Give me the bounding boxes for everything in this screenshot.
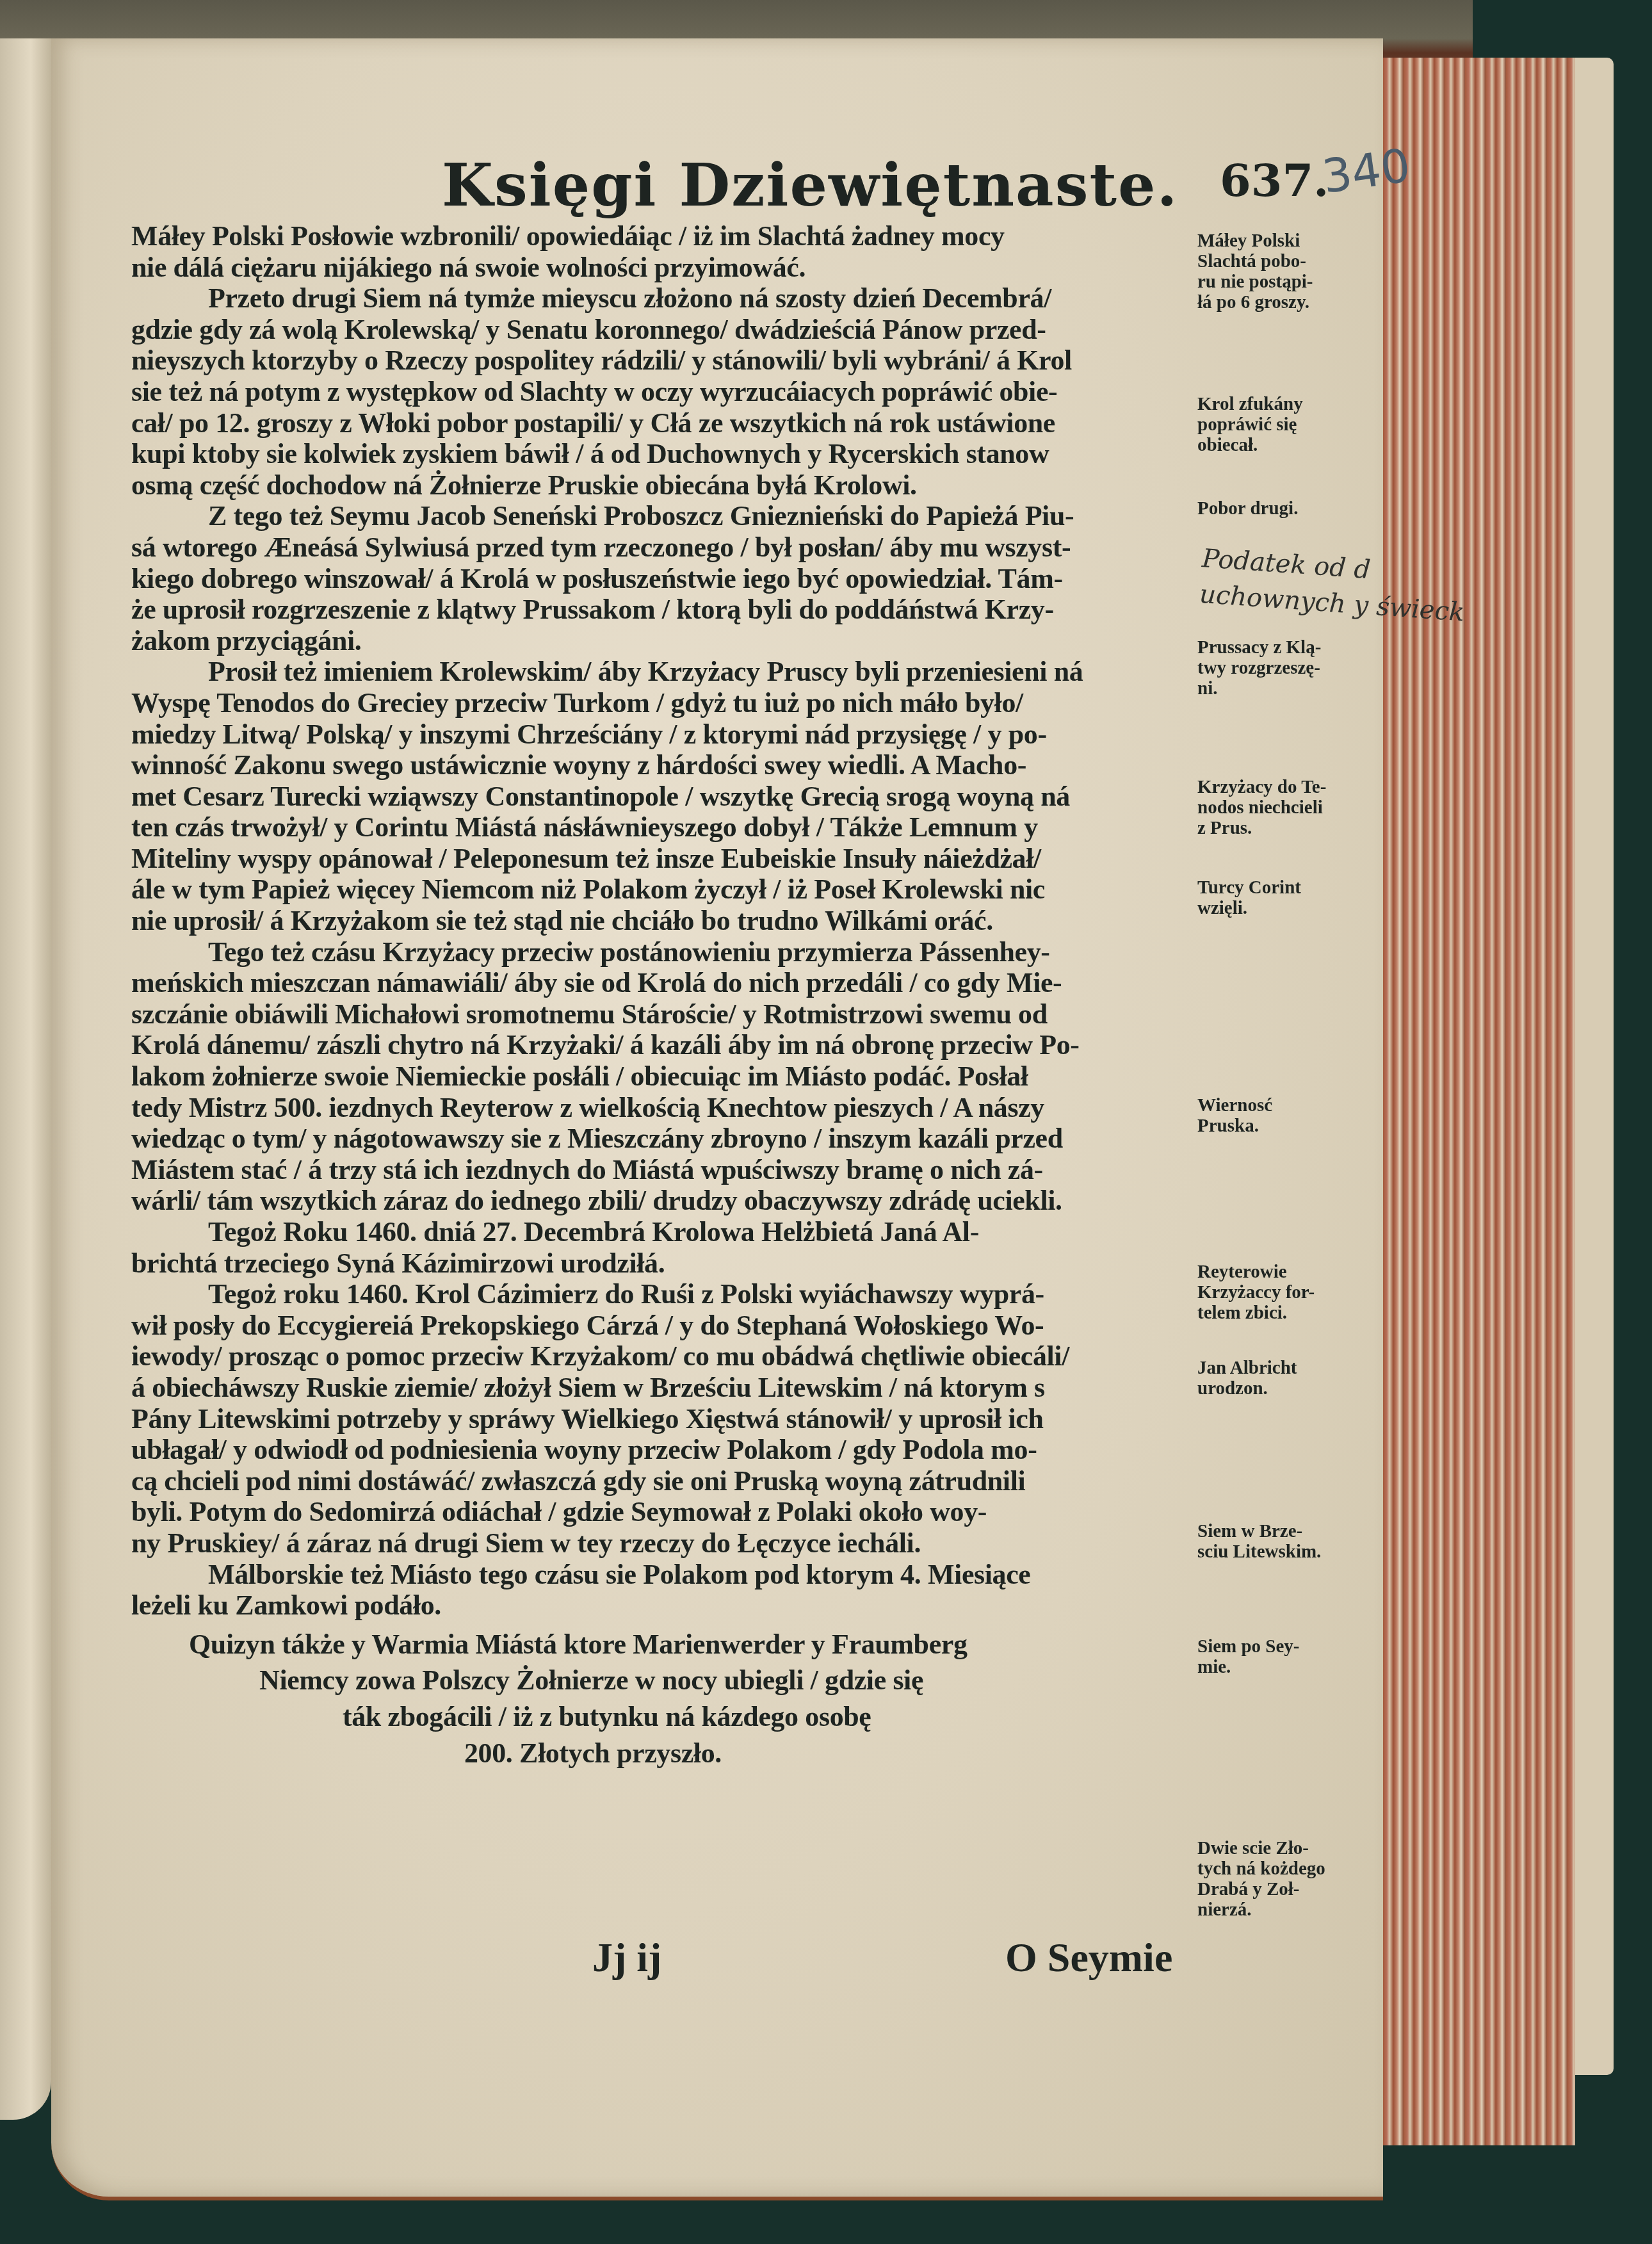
text-line: Z tego też Seymu Jacob Seneński Proboszc… bbox=[131, 501, 1194, 532]
margin-note-line: urodzon. bbox=[1197, 1378, 1389, 1399]
book-cover-edge bbox=[1575, 58, 1614, 2075]
margin-note-line: Wiernosć bbox=[1197, 1095, 1389, 1116]
margin-note: Siem w Brze-sciu Litewskim. bbox=[1197, 1521, 1389, 1562]
signature-mark: Jj ij bbox=[592, 1934, 661, 1981]
text-line: ubłagał/ y odwiodł od podniesienia woyny… bbox=[131, 1435, 1194, 1466]
handwritten-annotation: Podatek od duchownych y świeck bbox=[1198, 541, 1407, 626]
text-line: żakom przyciągáni. bbox=[131, 626, 1194, 657]
margin-note-line: Jan Albricht bbox=[1197, 1358, 1389, 1378]
left-page-edge bbox=[0, 38, 51, 2120]
text-line: miedzy Litwą/ Polską/ y inszymi Chrześci… bbox=[131, 719, 1194, 751]
text-line: kiego dobrego winszował/ á Krolá w posłu… bbox=[131, 564, 1194, 595]
text-line: ták zbogácili / iż z butynku ná kázdego … bbox=[131, 1702, 1194, 1733]
margin-note: Dwie scie Zło-tych ná kożdegoDrabá y Zoł… bbox=[1197, 1838, 1389, 1920]
margin-note-line: tych ná kożdego bbox=[1197, 1858, 1389, 1879]
margin-note-line: z Prus. bbox=[1197, 818, 1389, 838]
margin-note-line: Pruska. bbox=[1197, 1116, 1389, 1136]
text-line: Málborskie też Miásto tego czásu sie Pol… bbox=[131, 1559, 1194, 1591]
margin-note: Máłey PolskiSlachtá pobo-ru nie postąpi-… bbox=[1197, 231, 1389, 313]
margin-note: Siem po Sey-mie. bbox=[1197, 1636, 1389, 1677]
text-line: brichtá trzeciego Syná Kázimirzowi urodz… bbox=[131, 1248, 1194, 1280]
text-line: Krolá dánemu/ zászli chytro ná Krzyżaki/… bbox=[131, 1030, 1194, 1061]
margin-note-line: Siem w Brze- bbox=[1197, 1521, 1389, 1541]
margin-note-line: sciu Litewskim. bbox=[1197, 1541, 1389, 1562]
margin-note-line: twy rozgrzeszę- bbox=[1197, 658, 1389, 678]
text-line: nie uprosił/ á Krzyżakom sie też stąd ni… bbox=[131, 906, 1194, 937]
text-line: nie dálá ciężaru nijákiego ná swoie woln… bbox=[131, 252, 1194, 284]
margin-note-line: ni. bbox=[1197, 678, 1389, 699]
page-number: 637. bbox=[1220, 154, 1329, 207]
margin-note-line: Pobor drugi. bbox=[1197, 498, 1389, 519]
text-line: Tegoż roku 1460. Krol Cázimierz do Ruśi … bbox=[131, 1279, 1194, 1310]
text-line: wárli/ tám wszytkich záraz do iednego zb… bbox=[131, 1185, 1194, 1217]
margin-note: Jan Albrichturodzon. bbox=[1197, 1358, 1389, 1399]
margin-note: Turcy Corintwzięli. bbox=[1197, 877, 1389, 918]
margin-note-line: Slachtá pobo- bbox=[1197, 251, 1389, 272]
text-line: ten czás trwożył/ y Corintu Miástá násłá… bbox=[131, 812, 1194, 843]
margin-note-line: Prussacy z Klą- bbox=[1197, 637, 1389, 658]
text-line: wił posły do Eccygiereiá Prekopskiego Cá… bbox=[131, 1310, 1194, 1342]
margin-note-line: Turcy Corint bbox=[1197, 877, 1389, 898]
text-line: Wyspę Tenodos do Greciey przeciw Turkom … bbox=[131, 688, 1194, 719]
margin-note-line: wzięli. bbox=[1197, 898, 1389, 918]
margin-note: WiernosćPruska. bbox=[1197, 1095, 1389, 1136]
margin-note-line: mie. bbox=[1197, 1657, 1389, 1677]
text-line: szczánie obiáwili Michałowi sromotnemu S… bbox=[131, 999, 1194, 1030]
text-line: Tego też czásu Krzyżacy przeciw postánow… bbox=[131, 937, 1194, 968]
page-fore-edge bbox=[1383, 58, 1575, 2145]
margin-note: Krol zfukánypopráwić sięobiecał. bbox=[1197, 394, 1389, 455]
text-line: Quizyn tákże y Warmia Miástá ktore Marie… bbox=[131, 1629, 1194, 1661]
text-line: Niemcy zowa Polszcy Żołnierze w nocy ubi… bbox=[131, 1665, 1194, 1696]
text-line: Miástem stać / á trzy stá ich iezdnych d… bbox=[131, 1155, 1194, 1186]
margin-note-line: Krol zfukány bbox=[1197, 394, 1389, 414]
text-line: ále w tym Papież więcey Niemcom niż Pola… bbox=[131, 874, 1194, 906]
text-line: cą chcieli pod nimi dostáwáć/ zwłaszczá … bbox=[131, 1466, 1194, 1497]
margin-note-line: Dwie scie Zło- bbox=[1197, 1838, 1389, 1858]
margin-note-line: Máłey Polski bbox=[1197, 231, 1389, 251]
text-line: Tegoż Roku 1460. dniá 27. Decembrá Krolo… bbox=[131, 1217, 1194, 1248]
text-line: ny Pruskiey/ á záraz ná drugi Siem w tey… bbox=[131, 1528, 1194, 1559]
text-line: byli. Potym do Sedomirzá odiáchał / gdzi… bbox=[131, 1497, 1194, 1528]
text-line: iewody/ prosząc o pomoc przeciw Krzyżako… bbox=[131, 1341, 1194, 1372]
margin-note-line: nodos niechcieli bbox=[1197, 797, 1389, 818]
text-line: leżeli ku Zamkowi podáło. bbox=[131, 1590, 1194, 1622]
margin-note-line: ru nie postąpi- bbox=[1197, 272, 1389, 292]
margin-note-line: Krzyżaccy for- bbox=[1197, 1282, 1389, 1303]
text-line: cał/ po 12. groszy z Włoki pobor postapi… bbox=[131, 408, 1194, 439]
text-line: Pány Litewskimi potrzeby y spráwy Wielki… bbox=[131, 1404, 1194, 1435]
text-line: wiedząc o tym/ y nágotowawszy sie z Mies… bbox=[131, 1123, 1194, 1155]
margin-note-line: Siem po Sey- bbox=[1197, 1636, 1389, 1657]
text-line: meńskich mieszczan námawiáli/ áby sie od… bbox=[131, 968, 1194, 999]
text-line: 200. Złotych przyszło. bbox=[131, 1738, 1194, 1769]
text-line: met Cesarz Turecki wziąwszy Constantinop… bbox=[131, 781, 1194, 813]
text-line: osmą część dochodow ná Żołnierze Pruskie… bbox=[131, 470, 1194, 501]
main-text-block: Máłey Polski Posłowie wzbronili/ opowied… bbox=[131, 221, 1194, 1769]
margin-note: Prussacy z Klą-twy rozgrzeszę-ni. bbox=[1197, 637, 1389, 699]
text-line: sá wtorego Æneásá Sylwiusá przed tym rze… bbox=[131, 532, 1194, 564]
text-line: Prosił też imieniem Krolewskim/ áby Krzy… bbox=[131, 656, 1194, 688]
margin-note-line: nierzá. bbox=[1197, 1899, 1389, 1920]
margin-note-line: Drabá y Zoł- bbox=[1197, 1879, 1389, 1899]
text-line: że uprosił rozgrzeszenie z klątwy Prussa… bbox=[131, 594, 1194, 626]
margin-note: Pobor drugi. bbox=[1197, 498, 1389, 519]
text-line: á obiecháwszy Ruskie ziemie/ złożył Siem… bbox=[131, 1372, 1194, 1404]
text-line: sie też ná potym z występkow od Slachty … bbox=[131, 377, 1194, 408]
text-line: winność Zakonu swego ustáwicznie woyny z… bbox=[131, 750, 1194, 781]
text-line: Máłey Polski Posłowie wzbronili/ opowied… bbox=[131, 221, 1194, 252]
text-line: tedy Mistrz 500. iezdnych Reyterow z wie… bbox=[131, 1093, 1194, 1124]
margin-note: Krzyżacy do Te-nodos niechcieliz Prus. bbox=[1197, 777, 1389, 838]
margin-note-line: Reyterowie bbox=[1197, 1262, 1389, 1282]
text-line: Miteliny wyspy opánował / Peleponesum te… bbox=[131, 843, 1194, 875]
running-title: Księgi Dziewiętnaste. bbox=[442, 150, 1179, 220]
text-line: lakom żołnierze swoie Niemieckie posłáli… bbox=[131, 1061, 1194, 1093]
margin-note-line: telem zbici. bbox=[1197, 1303, 1389, 1323]
margin-note-line: popráwić się bbox=[1197, 414, 1389, 435]
text-line: Przeto drugi Siem ná tymże mieyscu złożo… bbox=[131, 283, 1194, 314]
text-line: gdzie gdy zá wolą Krolewską/ y Senatu ko… bbox=[131, 314, 1194, 346]
text-line: nieyszych ktorzyby o Rzeczy pospolitey r… bbox=[131, 345, 1194, 377]
margin-note-line: Krzyżacy do Te- bbox=[1197, 777, 1389, 797]
margin-note-line: łá po 6 groszy. bbox=[1197, 292, 1389, 313]
catchword: O Seymie bbox=[1005, 1934, 1172, 1981]
text-line: kupi ktoby sie kolwiek zyskiem báwił / á… bbox=[131, 439, 1194, 470]
margin-note-line: obiecał. bbox=[1197, 435, 1389, 455]
margin-note: ReyterowieKrzyżaccy for-telem zbici. bbox=[1197, 1262, 1389, 1323]
